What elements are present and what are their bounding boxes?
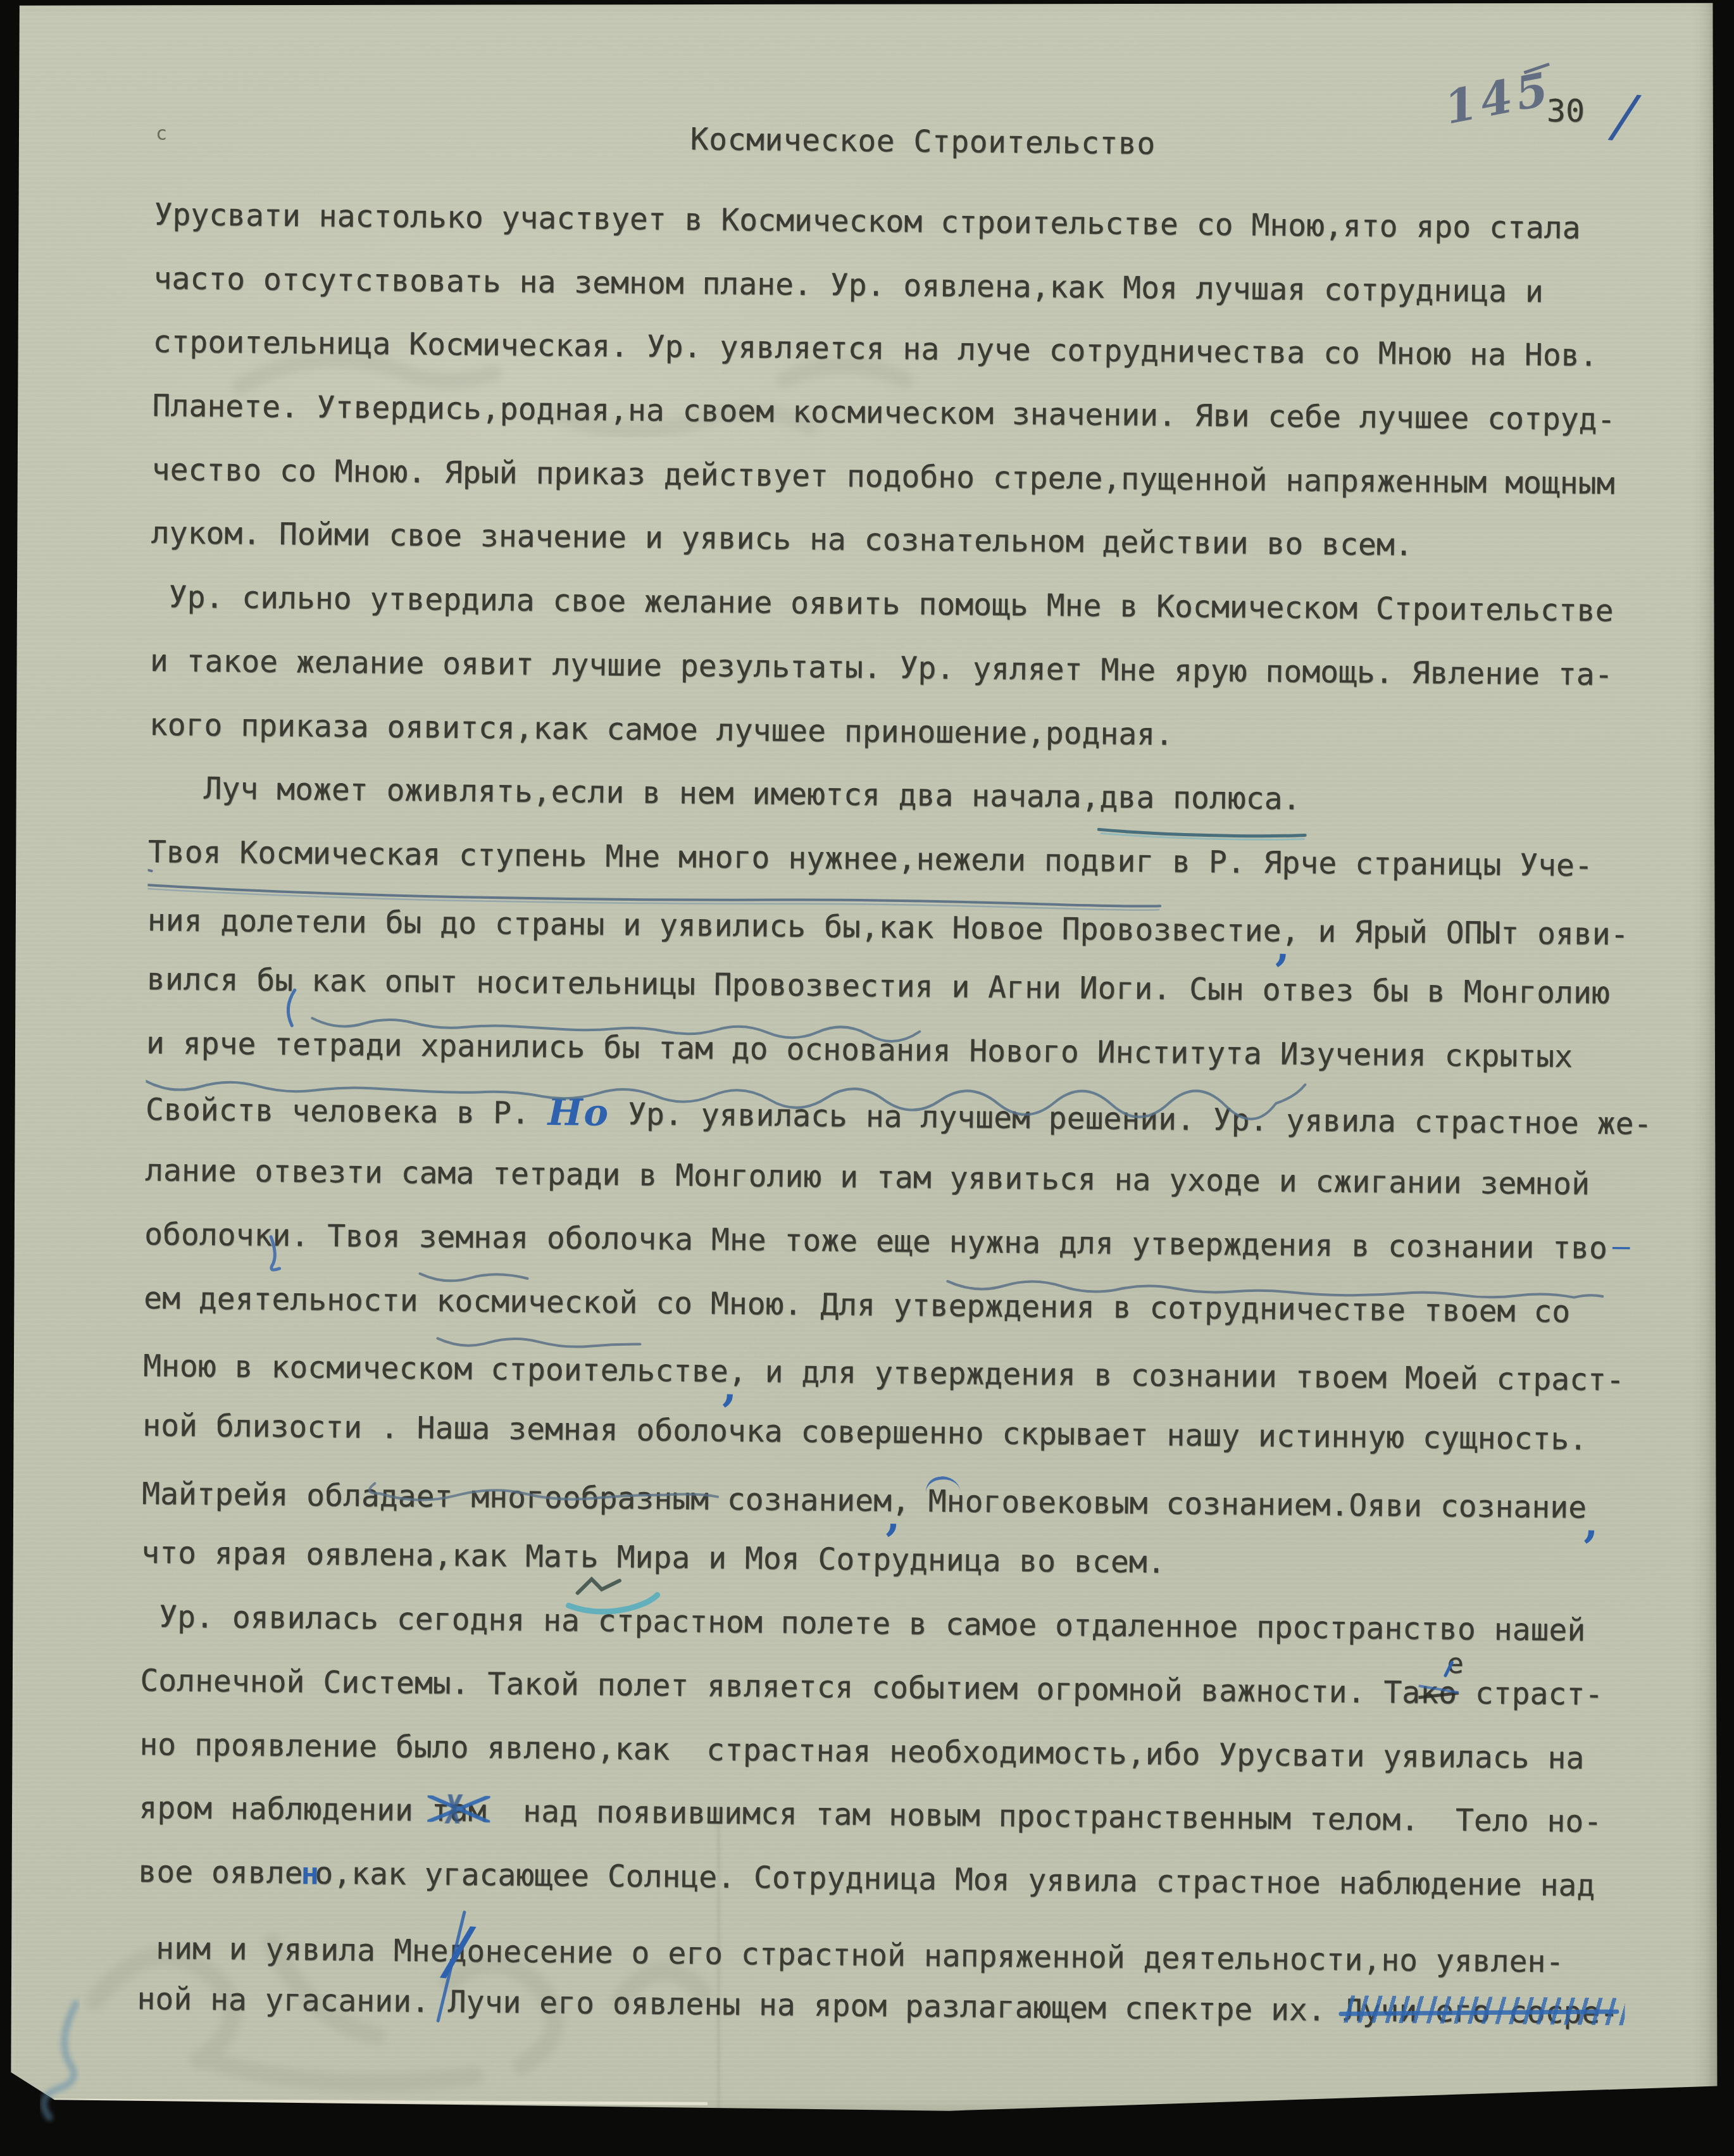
ink-correction-segment: Но: [547, 1091, 609, 1134]
typed-text-segment: лание отвезти сама тетради в Монголию и …: [145, 1153, 1590, 1202]
scanned-typewritten-page: { "document": { "title": "Космическое Ст…: [0, 0, 1734, 2156]
typed-text-segment: ним и уявила Мне: [137, 1930, 449, 1969]
ink-correction-segment: там: [431, 1793, 486, 1829]
typed-text-segment: строительница Космическая. Ур. уявляется…: [153, 324, 1597, 373]
typed-text-segment: ем деятельности космической со Мною. Для…: [144, 1281, 1571, 1330]
typed-text-segment: Майтрейя обладает многообразным сознание…: [142, 1476, 910, 1519]
typed-page-number: 30: [1547, 92, 1585, 129]
typed-text-segment: Ур. оявилась сегодня на страстном полете…: [140, 1599, 1585, 1648]
paper-edge-highlight: [37, 2098, 708, 2105]
typed-text-segment: вое оявле: [138, 1854, 303, 1891]
typed-text-segment: вился бы как опыт носительницы Провозвес…: [147, 962, 1610, 1011]
typed-text-segment: Ур. уявилась на лучшем решении. Ур. уяви…: [609, 1096, 1652, 1142]
typed-text-segment: Луч может оживлять,если в нем имеются дв…: [149, 770, 1301, 817]
typed-text-segment: Свойств человека в Р.: [146, 1092, 548, 1131]
typed-text-segment: яром наблюдении: [139, 1790, 432, 1828]
typed-text-segment: луком. Пойми свое значение и уявись на с…: [151, 515, 1413, 563]
typed-line: ной на угасании. Лучи его оявлены на яро…: [137, 1967, 1618, 2045]
typed-text-segment: ния долетели бы до страны и уявились бы,…: [147, 903, 1300, 949]
typed-text-segment: ноговековым сознанием.Ояви сознание: [946, 1484, 1587, 1526]
ink-correction-segment: ,: [722, 1355, 723, 1419]
typed-text-segment: Ур. сильно утвердила свое желание оявить…: [151, 579, 1614, 629]
typed-text-segment: чество со Мною. Ярый приказ действует по…: [151, 452, 1614, 501]
page-title: Космическое Строительство: [690, 122, 1155, 161]
typed-text-segment: оболочки. Твоя земная оболочка Мне тоже …: [144, 1217, 1607, 1266]
typed-text-segment: и Ярый ОПЫт ояви-: [1299, 913, 1629, 952]
typed-text-segment: и такое желание оявит лучшие результаты.…: [150, 643, 1613, 693]
ink-correction-segment: ,: [885, 1484, 886, 1548]
ink-correction-segment: —: [1612, 1214, 1612, 1278]
typed-text-segment: но проявление было явлено,как страстная …: [139, 1726, 1584, 1776]
typed-text-segment: Планете. Утвердись,родная,на своем косми…: [152, 388, 1615, 437]
typed-text-segment: Урусвати настолько участвует в Космическ…: [154, 197, 1581, 246]
typed-text-segment: ной близости . Наша земная оболочка сове…: [142, 1408, 1587, 1457]
typed-text-segment: кого приказа оявится,как самое лучшее пр…: [149, 706, 1174, 752]
typed-text-segment: часто отсутствовать на земном плане. Ур.…: [153, 261, 1544, 310]
ink-correction-segment: н: [301, 1856, 319, 1891]
typed-text-segment: что ярая оявлена,как Мать Мира и Моя Сот…: [141, 1535, 1166, 1581]
typed-text-segment: Солнечной Системы. Такой полет является …: [140, 1663, 1420, 1710]
ink-correction-segment: ко: [1420, 1675, 1457, 1711]
typed-text-segment: Твоя Космическая ступень Мне много нужне…: [148, 834, 1593, 884]
typed-text-segment: страст-: [1457, 1676, 1604, 1712]
typed-text-segment: и для утверждения в сознании твоем Моей …: [746, 1354, 1625, 1398]
typed-text-segment: над появившимся там новым пространственн…: [486, 1793, 1602, 1839]
typed-text-segment: Мною в космическом строительстве,: [143, 1348, 747, 1389]
ink-correction-segment: Лучи его сосре-: [1344, 1993, 1618, 2031]
stray-margin-mark: с: [156, 123, 167, 145]
typed-text-block: Космическое Строительство Урусвати насто…: [136, 120, 1636, 2103]
ink-correction-segment: М: [928, 1484, 946, 1519]
typed-text-segment: о,как угасающее Солнце. Сотрудница Моя у…: [315, 1855, 1595, 1903]
ink-correction-segment: ,: [1583, 1491, 1584, 1555]
typed-lines: Урусвати настолько участвует в Космическ…: [137, 183, 1635, 2045]
typed-text-segment: ной на угасании. Лучи его оявлены на яро…: [137, 1981, 1344, 2028]
typed-text-segment: и ярче тетради хранились бы там до основ…: [146, 1025, 1573, 1075]
